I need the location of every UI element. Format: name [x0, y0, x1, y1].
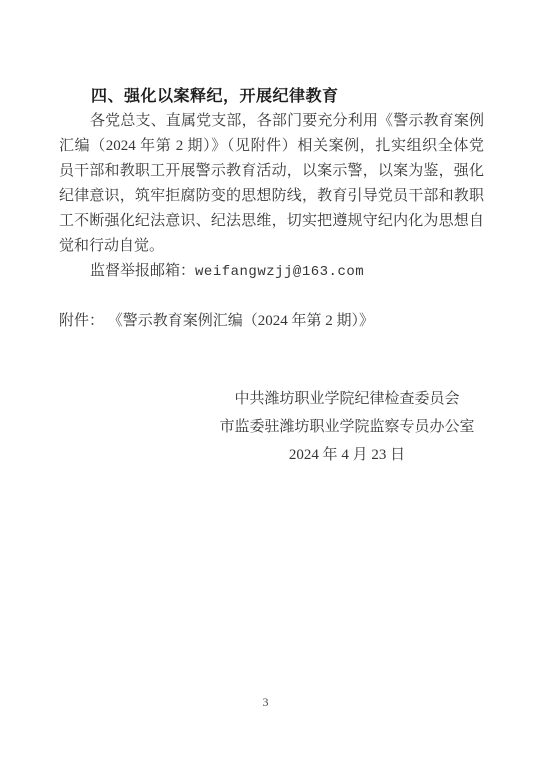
mailbox-label: 监督举报邮箱：	[90, 263, 195, 279]
document-body: 四、强化以案释纪，开展纪律教育 各党总支、直属党支部，各部门要充分利用《警示教育…	[59, 84, 484, 469]
signature-date: 2024 年 4 月 23 日	[212, 441, 482, 469]
document-page: { "theme": { "colors": { "text-color": "…	[0, 0, 543, 768]
paragraph-line: 工不断强化纪法意识、纪法思维，切实把遵规守纪内化为思想自	[59, 209, 484, 234]
page-number: 3	[0, 695, 531, 710]
paragraph-line: 纪律意识，筑牢拒腐防变的思想防线，教育引导党员干部和教职	[59, 184, 484, 209]
paragraph-line: 汇编（2024 年第 2 期）》（见附件）相关案例，扎实组织全体党	[59, 134, 484, 159]
signature-block: 中共潍坊职业学院纪律检查委员会 市监委驻潍坊职业学院监察专员办公室 2024 年…	[212, 385, 482, 469]
attachment-line: 附件： 《警示教育案例汇编（2024 年第 2 期）》	[59, 309, 484, 334]
paragraph-line: 各党总支、直属党支部，各部门要充分利用《警示教育案例	[59, 109, 484, 134]
signature-org-2: 市监委驻潍坊职业学院监察专员办公室	[212, 413, 482, 441]
paragraph-line: 员干部和教职工开展警示教育活动，以案示警，以案为鉴，强化	[59, 159, 484, 184]
body-paragraph: 各党总支、直属党支部，各部门要充分利用《警示教育案例 汇编（2024 年第 2 …	[59, 109, 484, 259]
signature-org-1: 中共潍坊职业学院纪律检查委员会	[212, 385, 482, 413]
section-heading: 四、强化以案释纪，开展纪律教育	[59, 84, 484, 109]
mailbox-email: weifangwzjj@163.com	[195, 264, 364, 280]
report-mailbox-line: 监督举报邮箱：weifangwzjj@163.com	[59, 259, 484, 284]
paragraph-line: 觉和行动自觉。	[59, 234, 484, 259]
